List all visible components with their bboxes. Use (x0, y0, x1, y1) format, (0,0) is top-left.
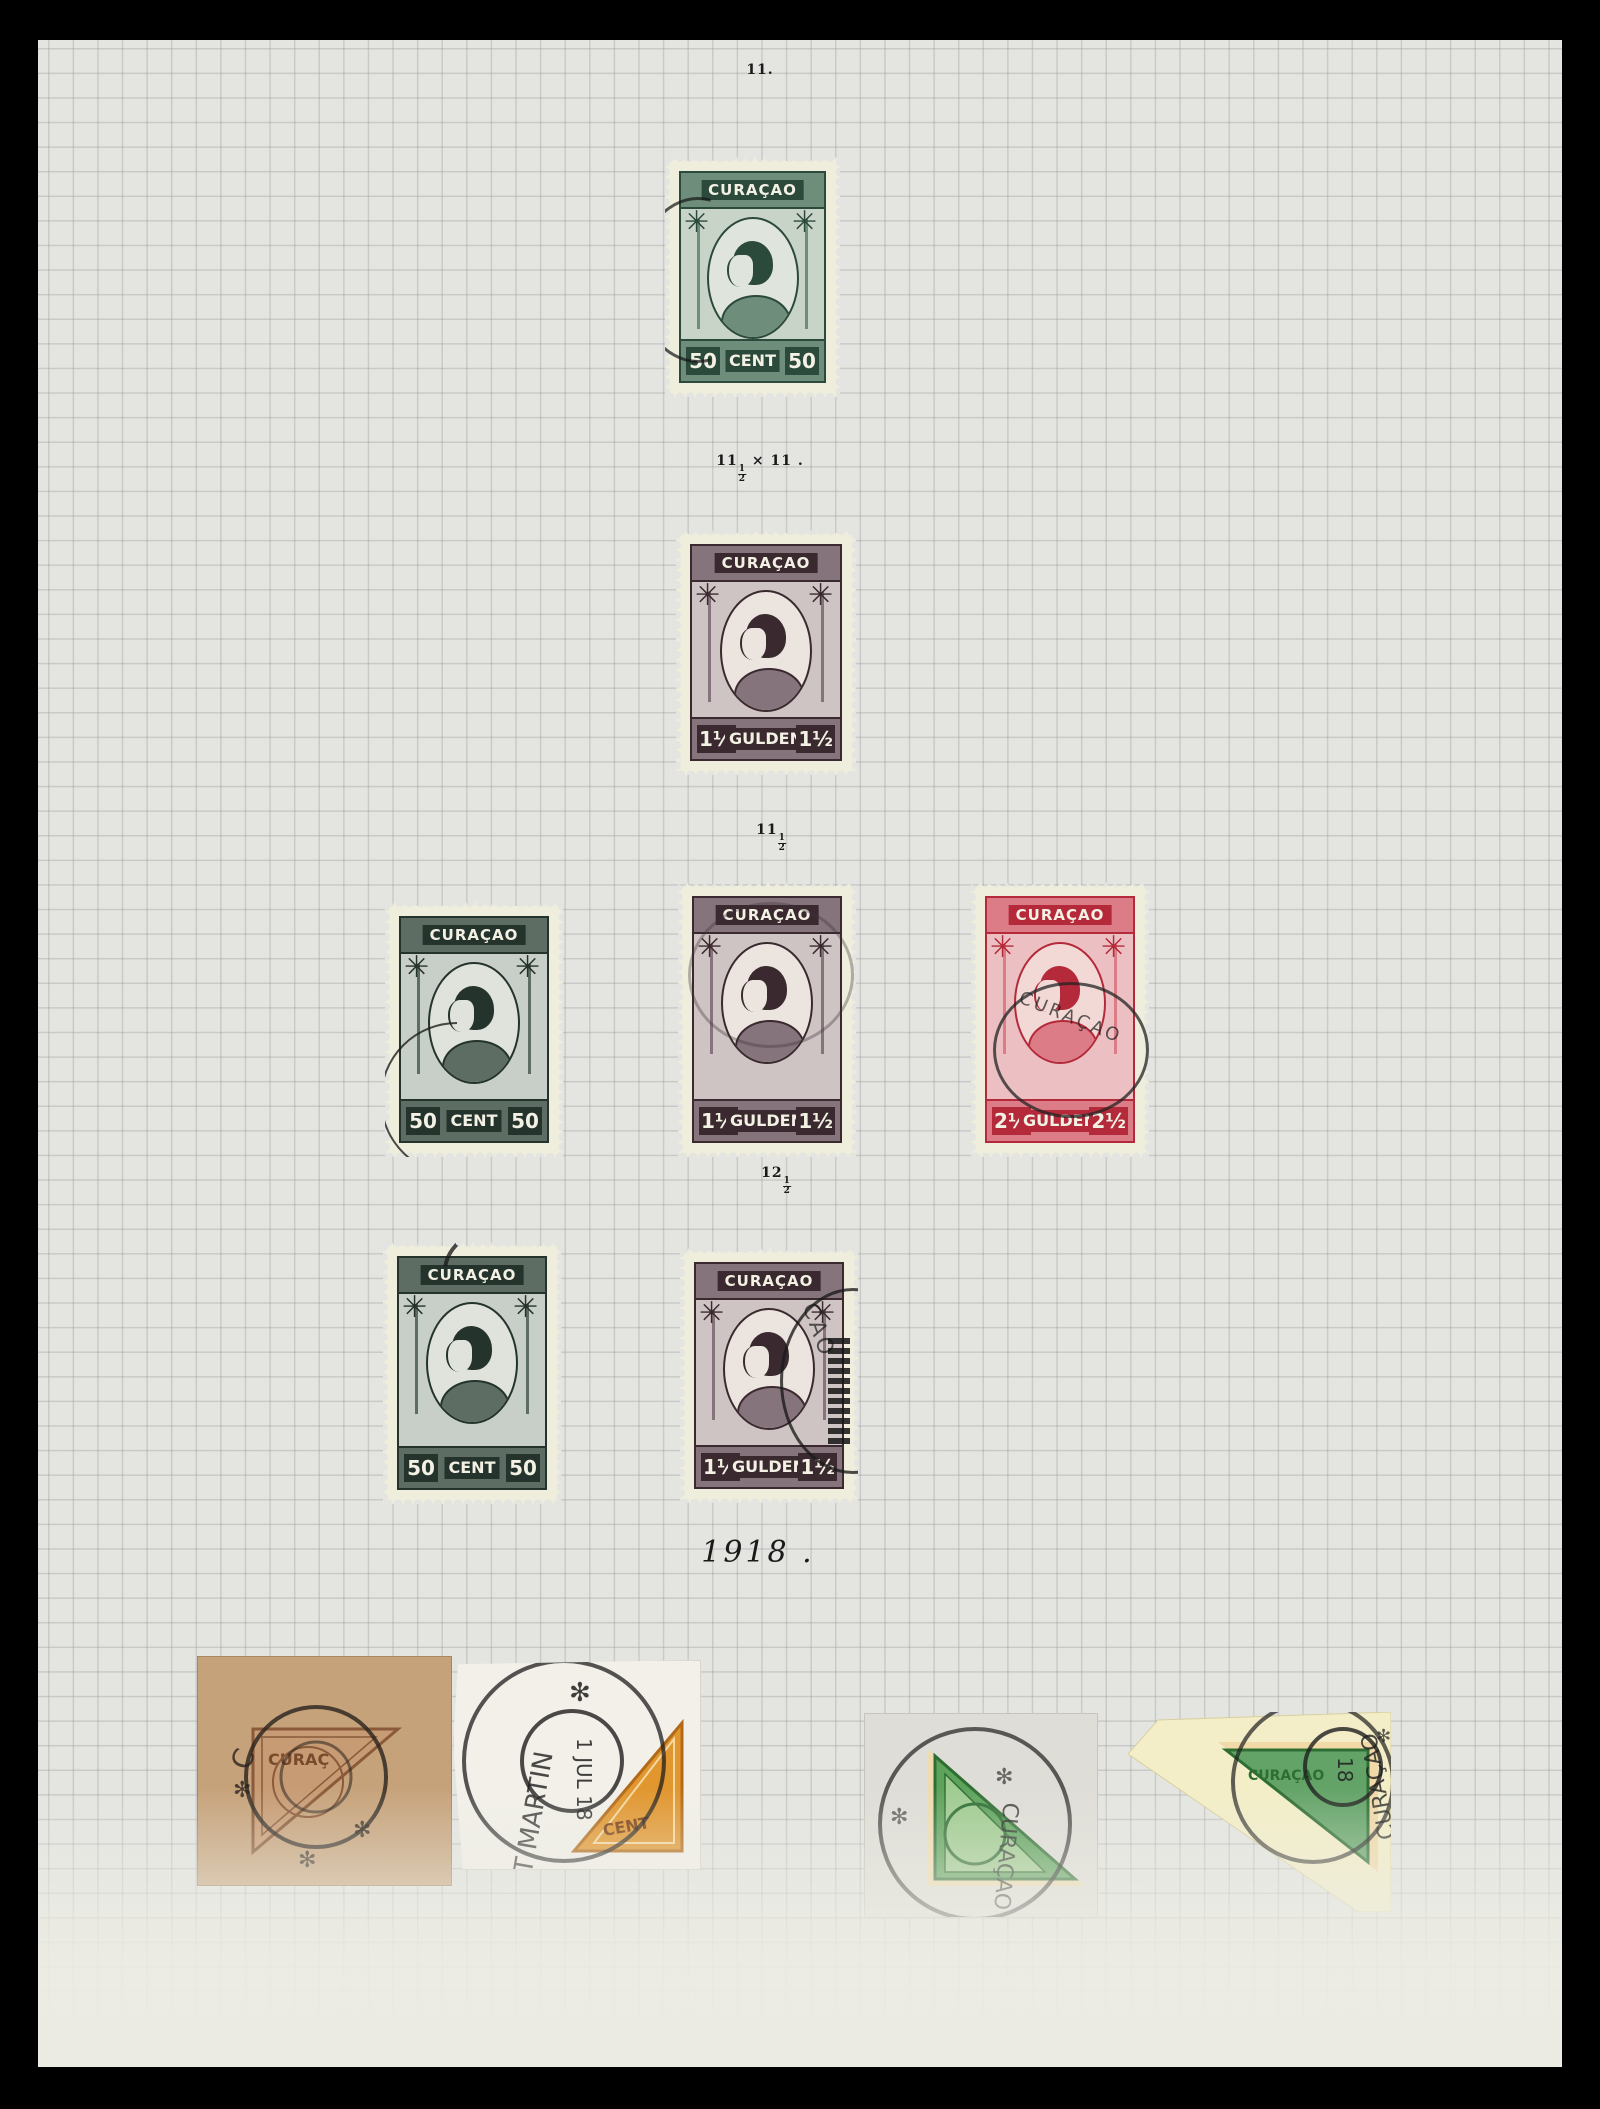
stamp-country-name: CURAÇAO (701, 180, 804, 200)
stamp-value-right: 50 (785, 347, 819, 375)
stamp-country-name: CURAÇAO (423, 925, 526, 945)
stamp-50-cent-green[interactable]: CURAÇAO 50 CENT 50 (385, 902, 563, 1157)
stamp-value-right: 50 (508, 1107, 542, 1135)
stamp-value-right: 1½ (798, 1453, 837, 1481)
portrait-queen-wilhelmina (720, 590, 812, 712)
svg-text:✻: ✻ (233, 1778, 251, 1803)
stamp-value-right: 2½ (1089, 1107, 1128, 1135)
album-page: 11. CURAÇAO 50 CENT 50 1112 × 11 . CURAÇ… (38, 40, 1562, 2067)
stamp-1half-gulden-purple[interactable]: CURAÇAO 1½ GULDEN 1½ (676, 530, 856, 775)
svg-text:ST MARTIN: ST MARTIN (506, 1749, 560, 1869)
stamp-country-name: CURAÇAO (716, 905, 819, 925)
portrait-queen-wilhelmina (707, 217, 799, 339)
perforation-label-11half: 1112 (756, 822, 786, 853)
stamp-value-right: 1½ (796, 1107, 835, 1135)
perforation-label-11: 11. (746, 62, 773, 78)
barred-cancel-icon (828, 1338, 850, 1448)
stamp-country-name: CURAÇAO (421, 1265, 524, 1285)
bisect-piece-green-folded[interactable]: CURAÇAO 18 CURAÇAO ✻ (1128, 1712, 1391, 1912)
stamp-value-left: 50 (404, 1454, 438, 1482)
bisect-stamp-triangle: CURAÇAO 18 CURAÇAO ✻ (1128, 1712, 1391, 1912)
portrait-queen-wilhelmina (426, 1302, 518, 1424)
stamp-denomination: CENT (447, 1110, 502, 1132)
svg-text:✻: ✻ (995, 1765, 1013, 1790)
stamp-1half-gulden-purple[interactable]: CURAÇAO 1½ GULDEN 1½ (678, 882, 856, 1157)
svg-text:✻: ✻ (298, 1848, 316, 1873)
perforation-label-11half-x-11: 1112 × 11 . (716, 453, 803, 484)
bisect-stamp-triangle: ✻ ✻ CURAÇAO (865, 1714, 1097, 1917)
perforation-label-12half: 1212 (761, 1165, 791, 1196)
bisect-piece-orange[interactable]: CENT 1 JUL 18 ✻ ST MARTIN (453, 1660, 701, 1870)
bisect-piece-green[interactable]: ✻ ✻ CURAÇAO (864, 1713, 1098, 1918)
bisect-stamp-triangle: CURAÇ C ✻ ✻ ✻ (198, 1657, 451, 1885)
portrait-queen-wilhelmina (428, 962, 520, 1084)
stamp-50-cent-green[interactable]: CURAÇAO 50 CENT 50 (665, 157, 840, 397)
svg-text:✻: ✻ (569, 1678, 591, 1708)
portrait-queen-wilhelmina (723, 1308, 815, 1430)
stamp-value-left: 50 (406, 1107, 440, 1135)
stamp-2half-gulden-red[interactable]: CURAÇAO 2½ GULDEN 2½ CURAÇAO (971, 882, 1149, 1157)
stamp-denomination: CENT (725, 350, 780, 372)
stamp-value-right: 1½ (796, 725, 835, 753)
portrait-queen-wilhelmina (721, 942, 813, 1064)
svg-text:CURAÇAO: CURAÇAO (1248, 1768, 1324, 1784)
stamp-50-cent-green[interactable]: CURAÇAO 50 CENT 50 (383, 1242, 561, 1504)
year-heading: 1918 . (701, 1535, 814, 1570)
svg-text:✻: ✻ (353, 1818, 371, 1843)
svg-text:✻: ✻ (1376, 1726, 1391, 1747)
svg-text:1 JUL 18: 1 JUL 18 (572, 1738, 596, 1821)
svg-text:18: 18 (1333, 1757, 1357, 1782)
stamp-1half-gulden-purple[interactable]: CURAÇAO 1½ GULDEN 1½ CAO (680, 1248, 858, 1503)
stamp-value-left: 50 (686, 347, 720, 375)
portrait-queen-wilhelmina (1014, 942, 1106, 1064)
stamp-value-right: 50 (506, 1454, 540, 1482)
stamp-country-name: CURAÇAO (718, 1271, 821, 1291)
stamp-denomination: CENT (445, 1457, 500, 1479)
svg-text:✻: ✻ (890, 1805, 908, 1830)
bisect-piece-brown[interactable]: CURAÇ C ✻ ✻ ✻ (197, 1656, 452, 1886)
stamp-denomination: GULDEN (725, 728, 807, 750)
stamp-country-name: CURAÇAO (1009, 905, 1112, 925)
stamp-country-name: CURAÇAO (715, 553, 818, 573)
bisect-stamp-triangle: CENT 1 JUL 18 ✻ ST MARTIN (454, 1661, 700, 1869)
